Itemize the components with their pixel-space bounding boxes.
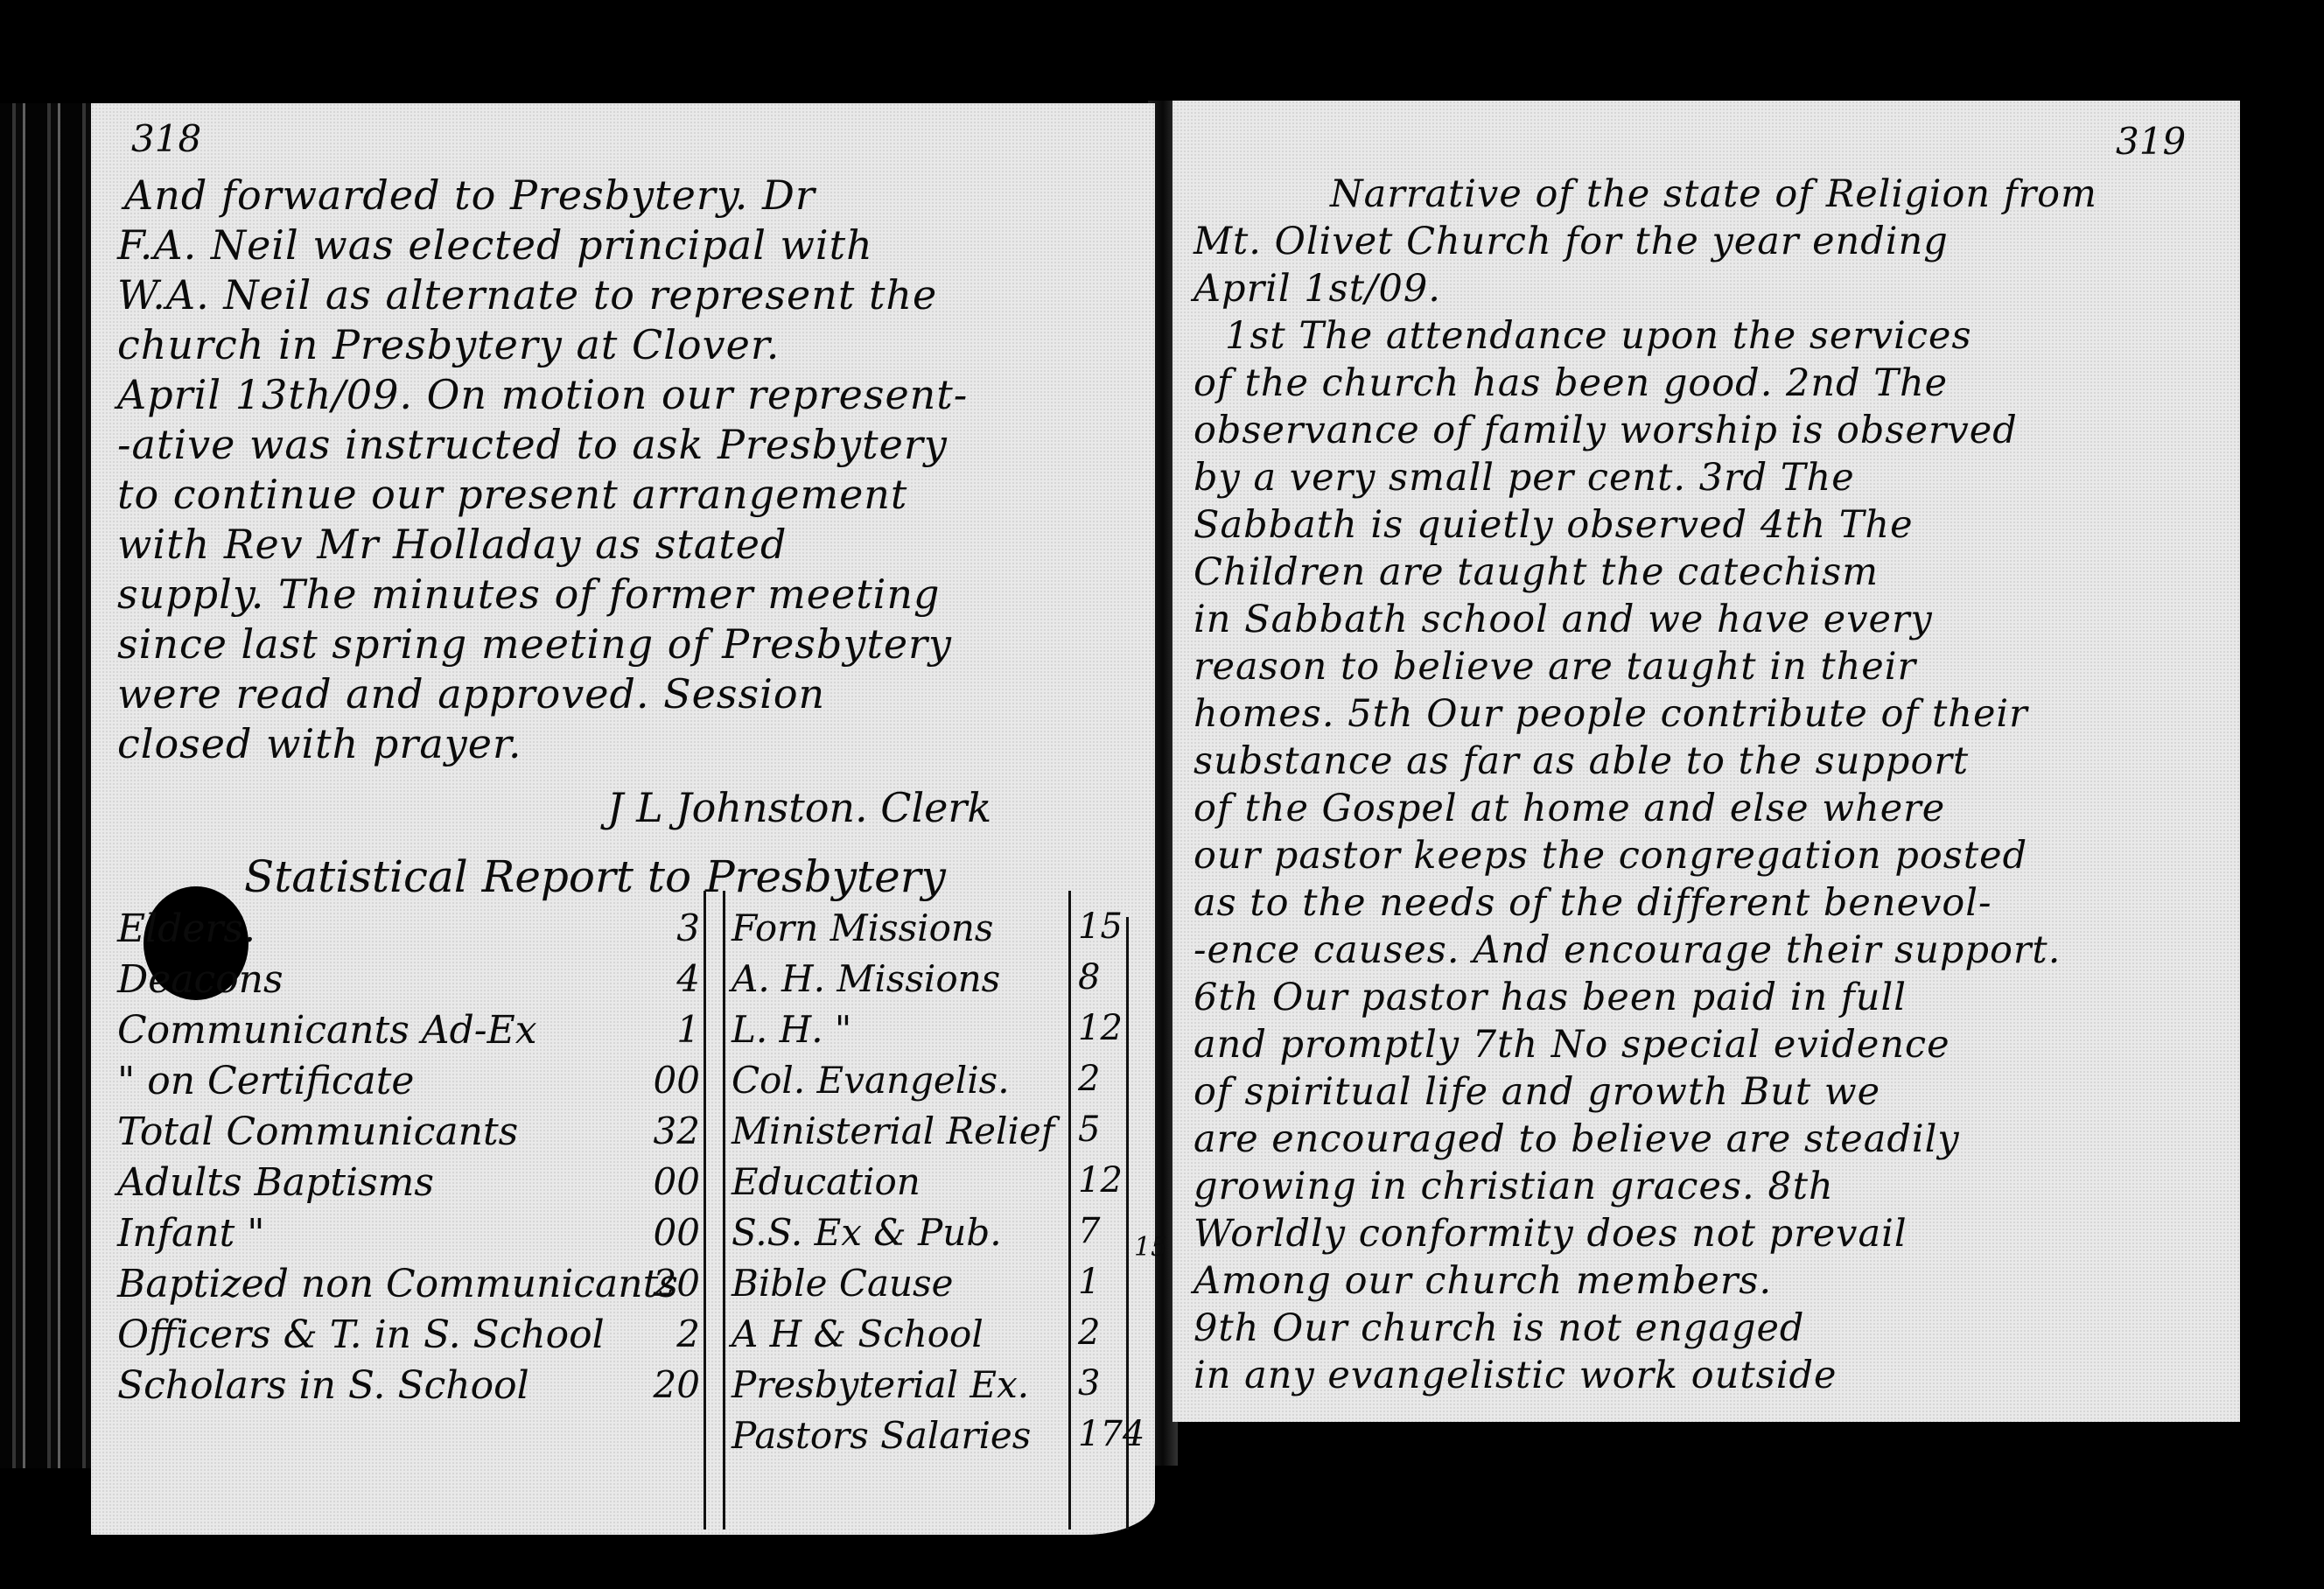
page-number: 319 — [2116, 120, 2186, 163]
statistic-label: Communicants Ad-Ex — [117, 1008, 537, 1053]
statistic-label: Baptized non Communicants — [117, 1262, 678, 1306]
statistic-label: Adults Baptisms — [117, 1160, 434, 1205]
contribution-amount: 15 — [1078, 906, 1123, 947]
benevolence-fund: Forn Missions — [731, 906, 993, 949]
benevolence-fund: A H & School — [731, 1312, 983, 1355]
statistical-report-title: Statistical Report to Presbytery — [244, 851, 946, 902]
contribution-amount: 1 — [1078, 1262, 1100, 1302]
minutes-line: W.A. Neil as alternate to represent the — [117, 271, 937, 318]
narrative-line: observance of family worship is observed — [1193, 409, 2018, 452]
narrative-line: 6th Our pastor has been paid in full — [1193, 976, 1907, 1019]
contribution-amount: 7 — [1078, 1211, 1100, 1251]
minutes-line: were read and approved. Session — [117, 670, 825, 717]
benevolence-fund: Pastors Salaries — [731, 1414, 1031, 1457]
contribution-amount: 5 — [1078, 1109, 1100, 1150]
minutes-line: with Rev Mr Holladay as stated — [117, 521, 787, 568]
column-rule — [1068, 891, 1071, 1529]
statistic-count: 00 — [647, 1211, 700, 1254]
statistic-count: 00 — [647, 1059, 700, 1102]
benevolence-fund: Ministerial Relief — [731, 1109, 1054, 1152]
column-rule — [723, 891, 725, 1529]
narrative-line: homes. 5th Our people contribute of thei… — [1193, 692, 2028, 736]
contribution-amount: 2 — [1078, 1059, 1100, 1099]
statistic-count: 20 — [647, 1363, 700, 1406]
narrative-line: reason to believe are taught in their — [1193, 645, 1916, 689]
statistic-count: 4 — [647, 957, 700, 1000]
minutes-line: to continue our present arrangement — [117, 471, 907, 518]
narrative-line: 1st The attendance upon the services — [1225, 314, 1972, 358]
minutes-line: supply. The minutes of former meeting — [117, 570, 940, 618]
minutes-line: -ative was instructed to ask Presbytery — [117, 421, 948, 468]
benevolence-fund: L. H. " — [731, 1008, 851, 1051]
margin-note: 15 — [1134, 1232, 1167, 1263]
narrative-line: Narrative of the state of Religion from — [1330, 172, 2097, 216]
statistic-label: Elders. — [117, 906, 255, 951]
contribution-amount: 3 — [1078, 1363, 1100, 1403]
narrative-line: in any evangelistic work outside — [1193, 1354, 1837, 1397]
narrative-line: as to the needs of the different benevol… — [1193, 881, 1992, 925]
statistic-count: 1 — [647, 1008, 700, 1051]
statistic-count: 3 — [647, 906, 700, 949]
narrative-line: of spiritual life and growth But we — [1193, 1070, 1880, 1114]
left-page: 318 And forwarded to Presbytery. DrF.A. … — [91, 103, 1155, 1535]
narrative-line: and promptly 7th No special evidence — [1193, 1023, 1950, 1067]
narrative-line: Children are taught the catechism — [1193, 550, 1879, 594]
page-number: 318 — [131, 117, 201, 160]
narrative-line: in Sabbath school and we have every — [1193, 598, 1933, 641]
statistic-label: Scholars in S. School — [117, 1363, 529, 1408]
narrative-line: Worldly conformity does not prevail — [1193, 1212, 1907, 1256]
benevolence-fund: Presbyterial Ex. — [731, 1363, 1029, 1406]
narrative-line: by a very small per cent. 3rd The — [1193, 456, 1855, 500]
benevolence-fund: S.S. Ex & Pub. — [731, 1211, 1002, 1254]
minutes-line: church in Presbytery at Clover. — [117, 321, 780, 368]
minutes-line: F.A. Neil was elected principal with — [117, 221, 873, 269]
benevolence-fund: Col. Evangelis. — [731, 1059, 1010, 1102]
book-binding-edge — [0, 103, 92, 1468]
statistic-label: Total Communicants — [117, 1109, 518, 1154]
benevolence-fund: Bible Cause — [731, 1262, 953, 1305]
minutes-line: since last spring meeting of Presbytery — [117, 620, 952, 668]
narrative-line: substance as far as able to the support — [1193, 739, 1969, 783]
narrative-line: of the church has been good. 2nd The — [1193, 361, 1948, 405]
statistic-label: Infant " — [117, 1211, 264, 1256]
statistic-label: Officers & T. in S. School — [117, 1312, 605, 1357]
narrative-line: of the Gospel at home and else where — [1193, 787, 1945, 830]
contribution-amount: 12 — [1078, 1008, 1123, 1048]
statistic-count: 00 — [647, 1160, 700, 1203]
narrative-line: are encouraged to believe are steadily — [1193, 1117, 1960, 1161]
benevolence-fund: Education — [731, 1160, 920, 1203]
narrative-line: 9th Our church is not engaged — [1193, 1306, 1804, 1350]
right-page: 319 Narrative of the state of Religion f… — [1172, 101, 2240, 1422]
contribution-amount: 2 — [1078, 1312, 1100, 1353]
contribution-amount: 174 — [1078, 1414, 1144, 1454]
clerk-signature: J L Johnston. Clerk — [607, 784, 991, 831]
narrative-line: April 1st/09. — [1193, 267, 1441, 311]
statistic-count: 20 — [647, 1262, 700, 1305]
contribution-amount: 8 — [1078, 957, 1100, 997]
statistic-label: " on Certificate — [117, 1059, 414, 1103]
narrative-line: our pastor keeps the congregation posted — [1193, 834, 2027, 878]
contribution-amount: 12 — [1078, 1160, 1123, 1200]
statistic-count: 32 — [647, 1109, 700, 1152]
narrative-line: Among our church members. — [1193, 1259, 1772, 1303]
benevolence-fund: A. H. Missions — [731, 957, 1000, 1000]
narrative-line: growing in christian graces. 8th — [1193, 1165, 1834, 1208]
minutes-line: April 13th/09. On motion our represent- — [117, 371, 968, 418]
narrative-line: Mt. Olivet Church for the year ending — [1193, 220, 1949, 263]
statistic-label: Deacons — [117, 957, 283, 1002]
minutes-line: closed with prayer. — [117, 720, 522, 767]
narrative-line: -ence causes. And encourage their suppor… — [1193, 928, 2061, 972]
column-rule — [703, 891, 706, 1529]
narrative-line: Sabbath is quietly observed 4th The — [1193, 503, 1914, 547]
minutes-line: And forwarded to Presbytery. Dr — [124, 171, 815, 219]
statistic-count: 2 — [647, 1312, 700, 1355]
